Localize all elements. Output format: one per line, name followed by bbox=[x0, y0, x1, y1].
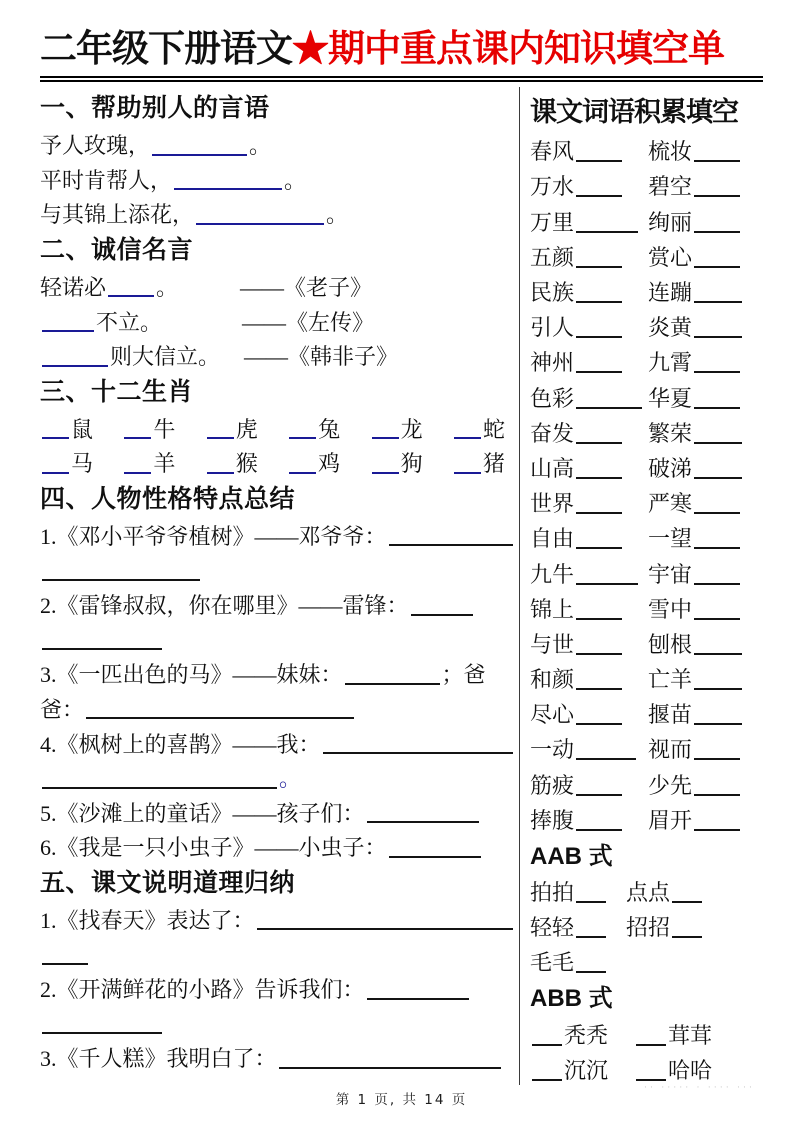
word-pair-row: 捧腹眉开 bbox=[530, 800, 763, 835]
text-run: 尽心 bbox=[530, 698, 574, 729]
word-pair-row: 自由一望 bbox=[530, 518, 763, 553]
blank-line bbox=[174, 185, 282, 190]
word-item: 哈哈 bbox=[634, 1054, 738, 1085]
blank-line bbox=[576, 650, 622, 655]
blank-line bbox=[207, 469, 234, 474]
text-run: 秃秃 bbox=[564, 1019, 608, 1050]
word-item: 民族 bbox=[530, 276, 648, 307]
word-pair-row: 筋疲少先 bbox=[530, 764, 763, 799]
text-run: 碧空 bbox=[648, 170, 692, 201]
blank-line bbox=[694, 580, 740, 585]
worksheet-line: 2.《开满鲜花的小路》告诉我们： bbox=[40, 969, 515, 1004]
blank-line bbox=[372, 434, 399, 439]
text-run: 山高 bbox=[530, 452, 574, 483]
spacer bbox=[220, 370, 244, 371]
text-run: 严寒 bbox=[648, 487, 692, 518]
blank-line bbox=[279, 1064, 501, 1069]
word-item: 招招 bbox=[626, 911, 722, 942]
blank-line bbox=[576, 755, 636, 760]
blank-line bbox=[207, 434, 234, 439]
page-title-black: 二年级下册语文 bbox=[40, 29, 292, 70]
word-item: 严寒 bbox=[648, 487, 766, 518]
text-run: 羊 bbox=[153, 451, 175, 477]
word-pair-row: 轻轻招招 bbox=[530, 907, 763, 942]
spacer bbox=[178, 300, 240, 301]
blank-line bbox=[289, 434, 316, 439]
text-run: 毛毛 bbox=[530, 946, 574, 977]
blank-line bbox=[289, 469, 316, 474]
worksheet-line: 1.《找春天》表达了： bbox=[40, 900, 515, 935]
text-run: 4.《枫树上的喜鹊》——我： bbox=[40, 732, 321, 758]
section-heading: 二、诚信名言 bbox=[40, 229, 515, 267]
blank-line bbox=[367, 818, 479, 823]
text-run: 牛 bbox=[153, 417, 175, 443]
text-run: 猴 bbox=[236, 451, 258, 477]
text-run: 引人 bbox=[530, 311, 574, 342]
zodiac-item: 蛇 bbox=[452, 417, 505, 443]
worksheet-line: 则大信立。——《韩非子》 bbox=[40, 336, 515, 371]
worksheet-line: 与其锦上添花，。 bbox=[40, 194, 515, 229]
blank-line bbox=[576, 333, 622, 338]
word-item: 揠苗 bbox=[648, 698, 766, 729]
blank-line bbox=[694, 439, 742, 444]
blank-line bbox=[42, 327, 94, 332]
word-item: 沉沉 bbox=[530, 1054, 634, 1085]
blank-line bbox=[42, 362, 108, 367]
zodiac-item: 鸡 bbox=[287, 451, 340, 477]
worksheet-line: 2.《雷锋叔叔，你在哪里》——雷锋： bbox=[40, 585, 515, 620]
blank-line bbox=[152, 151, 247, 156]
text-run: 鼠 bbox=[71, 417, 93, 443]
word-item: 炎黄 bbox=[648, 311, 766, 342]
text-run: 雪中 bbox=[648, 593, 692, 624]
text-run: 华夏 bbox=[648, 382, 692, 413]
text-run: 九牛 bbox=[530, 558, 574, 589]
text-run: 一动 bbox=[530, 733, 574, 764]
worksheet-line: 不立。——《左传》 bbox=[40, 301, 515, 336]
text-run: 宇宙 bbox=[648, 558, 692, 589]
blank-line bbox=[576, 720, 622, 725]
vocab-section-heading: 课文词语积累填空 bbox=[530, 87, 763, 131]
text-run: 。 bbox=[284, 168, 306, 194]
section-heading: 五、课文说明道理归纳 bbox=[40, 862, 515, 900]
pattern-label: AAB 式 bbox=[530, 835, 763, 872]
word-pair-row: 沉沉哈哈 bbox=[530, 1050, 763, 1085]
blank-line bbox=[694, 228, 740, 233]
text-run: 轻轻 bbox=[530, 911, 574, 942]
blank-line bbox=[636, 1076, 666, 1081]
text-run: 破涕 bbox=[648, 452, 692, 483]
word-item: 九霄 bbox=[648, 346, 766, 377]
text-run: 2.《雷锋叔叔，你在哪里》——雷锋： bbox=[40, 593, 409, 619]
text-run: 亡羊 bbox=[648, 663, 692, 694]
blank-line bbox=[672, 933, 702, 938]
blank-line bbox=[257, 925, 513, 930]
worksheet-line bbox=[40, 934, 515, 969]
word-pair-row: 奋发繁荣 bbox=[530, 413, 763, 448]
text-run: 一望 bbox=[648, 522, 692, 553]
text-run: 2.《开满鲜花的小路》告诉我们： bbox=[40, 977, 365, 1003]
worksheet-line: 3.《一匹出色的马》——妹妹：；爸 bbox=[40, 654, 515, 689]
worksheet-line: 爸： bbox=[40, 689, 515, 724]
blank-line bbox=[694, 826, 740, 831]
zodiac-item: 牛 bbox=[122, 417, 175, 443]
text-run: 。 bbox=[279, 766, 301, 792]
blank-line bbox=[323, 749, 513, 754]
text-run: ——《老子》 bbox=[240, 275, 372, 301]
word-item: 眉开 bbox=[648, 804, 766, 835]
worksheet-line bbox=[40, 620, 515, 655]
text-run: 九霄 bbox=[648, 346, 692, 377]
text-run: 炎黄 bbox=[648, 311, 692, 342]
text-run: 视而 bbox=[648, 733, 692, 764]
text-run: 与其锦上添花， bbox=[40, 202, 194, 228]
blank-line bbox=[576, 263, 622, 268]
blank-line bbox=[694, 685, 742, 690]
blank-line bbox=[576, 439, 622, 444]
word-item: 山高 bbox=[530, 452, 648, 483]
word-item: 碧空 bbox=[648, 170, 766, 201]
word-item: 五颜 bbox=[530, 241, 648, 272]
zodiac-item: 兔 bbox=[287, 417, 340, 443]
word-pair-row: 神州九霄 bbox=[530, 342, 763, 377]
word-item: 点点 bbox=[626, 876, 722, 907]
word-item: 少先 bbox=[648, 769, 766, 800]
text-run: 。 bbox=[326, 202, 348, 228]
text-run: 不立。 bbox=[96, 310, 162, 336]
word-item: 绚丽 bbox=[648, 206, 766, 237]
text-run: 绚丽 bbox=[648, 206, 692, 237]
blank-line bbox=[42, 645, 162, 650]
blank-line bbox=[694, 720, 742, 725]
worksheet-line: 5.《沙滩上的童话》——孩子们： bbox=[40, 793, 515, 828]
word-item: 宇宙 bbox=[648, 558, 766, 589]
text-run: 3.《一匹出色的马》——妹妹： bbox=[40, 662, 343, 688]
text-run: 猪 bbox=[483, 451, 505, 477]
word-item: 华夏 bbox=[648, 382, 766, 413]
text-run: 兔 bbox=[318, 417, 340, 443]
blank-line bbox=[576, 615, 622, 620]
section-heading: 三、十二生肖 bbox=[40, 371, 515, 409]
text-run: 少先 bbox=[648, 769, 692, 800]
blank-line bbox=[576, 685, 622, 690]
blank-line bbox=[694, 650, 742, 655]
word-pair-row: 世界严寒 bbox=[530, 483, 763, 518]
blank-line bbox=[694, 333, 742, 338]
word-item: 亡羊 bbox=[648, 663, 766, 694]
blank-line bbox=[196, 220, 324, 225]
zodiac-item: 虎 bbox=[205, 417, 258, 443]
text-run: ——《韩非子》 bbox=[244, 344, 398, 370]
word-pair-row: 毛毛 bbox=[530, 942, 763, 977]
blank-line bbox=[694, 474, 742, 479]
word-pair-row: 山高破涕 bbox=[530, 448, 763, 483]
text-run: 蛇 bbox=[483, 417, 505, 443]
text-run: 3.《千人糕》我明白了： bbox=[40, 1046, 277, 1072]
word-item: 轻轻 bbox=[530, 911, 626, 942]
text-run: 虎 bbox=[236, 417, 258, 443]
word-pair-row: 尽心揠苗 bbox=[530, 694, 763, 729]
word-pair-row: 一动视而 bbox=[530, 729, 763, 764]
vocab-rows: 春风梳妆万水碧空万里绚丽五颜赏心民族连蹦引人炎黄神州九霄色彩华夏奋发繁荣山高破涕… bbox=[530, 131, 763, 1085]
word-item: 万里 bbox=[530, 206, 648, 237]
text-run: 沉沉 bbox=[564, 1054, 608, 1085]
word-item: 尽心 bbox=[530, 698, 648, 729]
zodiac-item: 猴 bbox=[205, 451, 258, 477]
worksheet-line: 予人玫瑰，。 bbox=[40, 125, 515, 160]
text-run: 梳妆 bbox=[648, 135, 692, 166]
blank-line bbox=[694, 157, 740, 162]
blank-line bbox=[454, 469, 481, 474]
text-run: 筋疲 bbox=[530, 769, 574, 800]
text-run: 春风 bbox=[530, 135, 574, 166]
word-item: 筋疲 bbox=[530, 769, 648, 800]
word-item: 茸茸 bbox=[634, 1019, 738, 1050]
text-run: 捧腹 bbox=[530, 804, 574, 835]
blank-line bbox=[42, 784, 277, 789]
text-run: 万里 bbox=[530, 206, 574, 237]
blank-line bbox=[576, 826, 622, 831]
blank-line bbox=[694, 192, 740, 197]
text-run: 连蹦 bbox=[648, 276, 692, 307]
page-title-red: ★期中重点课内知识填空单 bbox=[292, 29, 724, 70]
blank-line bbox=[454, 434, 481, 439]
blank-line bbox=[576, 791, 622, 796]
right-column: 课文词语积累填空 春风梳妆万水碧空万里绚丽五颜赏心民族连蹦引人炎黄神州九霄色彩华… bbox=[519, 87, 763, 1085]
blank-line bbox=[576, 192, 622, 197]
word-pair-row: 锦上雪中 bbox=[530, 589, 763, 624]
word-item: 世界 bbox=[530, 487, 648, 518]
zodiac-item: 羊 bbox=[122, 451, 175, 477]
blank-line bbox=[411, 611, 473, 616]
blank-line bbox=[576, 228, 638, 233]
section-heading: 四、人物性格特点总结 bbox=[40, 478, 515, 516]
text-run: 1.《邓小平爷爷植树》——邓爷爷： bbox=[40, 524, 387, 550]
blank-line bbox=[345, 680, 440, 685]
blank-line bbox=[42, 469, 69, 474]
zodiac-row: 马羊猴鸡狗猪 bbox=[40, 443, 515, 478]
word-pair-row: 万里绚丽 bbox=[530, 201, 763, 236]
blank-line bbox=[372, 469, 399, 474]
blank-line bbox=[389, 541, 513, 546]
pattern-label: ABB 式 bbox=[530, 977, 763, 1014]
text-run: 马 bbox=[71, 451, 93, 477]
word-pair-row: 民族连蹦 bbox=[530, 272, 763, 307]
zodiac-item: 狗 bbox=[370, 451, 423, 477]
worksheet-line: 3.《千人糕》我明白了： bbox=[40, 1038, 515, 1073]
word-item: 雪中 bbox=[648, 593, 766, 624]
word-item: 万水 bbox=[530, 170, 648, 201]
word-pair-row: 春风梳妆 bbox=[530, 131, 763, 166]
word-pair-row: 拍拍点点 bbox=[530, 872, 763, 907]
word-item: 和颜 bbox=[530, 663, 648, 694]
blank-line bbox=[389, 853, 481, 858]
text-run: 赏心 bbox=[648, 241, 692, 272]
word-item: 拍拍 bbox=[530, 876, 626, 907]
text-run: 6.《我是一只小虫子》——小虫子： bbox=[40, 835, 387, 861]
text-run: ——《左传》 bbox=[242, 310, 374, 336]
word-item: 繁荣 bbox=[648, 417, 766, 448]
text-run: 万水 bbox=[530, 170, 574, 201]
word-item: 色彩 bbox=[530, 382, 648, 413]
text-run: 点点 bbox=[626, 876, 670, 907]
word-pair-row: 万水碧空 bbox=[530, 166, 763, 201]
worksheet-line bbox=[40, 1004, 515, 1039]
blank-line bbox=[576, 298, 622, 303]
blank-line bbox=[576, 404, 642, 409]
word-item: 一望 bbox=[648, 522, 766, 553]
left-column-lines: 一、帮助别人的言语予人玫瑰，。平时肯帮人，。与其锦上添花，。二、诚信名言轻诺必。… bbox=[40, 87, 519, 1085]
text-run: 民族 bbox=[530, 276, 574, 307]
text-run: 奋发 bbox=[530, 417, 574, 448]
blank-line bbox=[42, 576, 200, 581]
blank-line bbox=[576, 898, 606, 903]
word-item: 自由 bbox=[530, 522, 648, 553]
section-heading: 一、帮助别人的言语 bbox=[40, 87, 515, 125]
word-pair-row: 与世刨根 bbox=[530, 624, 763, 659]
word-item: 奋发 bbox=[530, 417, 648, 448]
text-run: 繁荣 bbox=[648, 417, 692, 448]
text-run: 茸茸 bbox=[668, 1019, 712, 1050]
word-item: 春风 bbox=[530, 135, 648, 166]
worksheet-line: 1.《邓小平爷爷植树》——邓爷爷： bbox=[40, 516, 515, 551]
blank-line bbox=[694, 509, 740, 514]
worksheet-line: 。 bbox=[40, 758, 515, 793]
blank-line bbox=[694, 404, 740, 409]
blank-line bbox=[576, 509, 622, 514]
blank-line bbox=[672, 898, 702, 903]
blank-line bbox=[694, 263, 740, 268]
blank-line bbox=[576, 157, 622, 162]
text-run: 神州 bbox=[530, 346, 574, 377]
text-run: 轻诺必 bbox=[40, 275, 106, 301]
blank-line bbox=[694, 755, 740, 760]
text-run: 自由 bbox=[530, 522, 574, 553]
blank-line bbox=[124, 434, 151, 439]
blank-line bbox=[636, 1041, 666, 1046]
blank-line bbox=[576, 933, 606, 938]
worksheet-line: 平时肯帮人，。 bbox=[40, 160, 515, 195]
word-pair-row: 九牛宇宙 bbox=[530, 553, 763, 588]
text-run: 予人玫瑰， bbox=[40, 133, 150, 159]
text-run: 龙 bbox=[401, 417, 423, 443]
zodiac-item: 龙 bbox=[370, 417, 423, 443]
blank-line bbox=[694, 615, 740, 620]
blank-line bbox=[367, 995, 469, 1000]
text-run: 眉开 bbox=[648, 804, 692, 835]
blank-line bbox=[576, 580, 638, 585]
text-run: 鸡 bbox=[318, 451, 340, 477]
word-item: 捧腹 bbox=[530, 804, 648, 835]
blank-line bbox=[694, 368, 740, 373]
text-run: 平时肯帮人， bbox=[40, 168, 172, 194]
text-run: 刨根 bbox=[648, 628, 692, 659]
text-run: 。 bbox=[249, 133, 271, 159]
text-run: 揠苗 bbox=[648, 698, 692, 729]
title-double-rule bbox=[40, 76, 763, 82]
content-columns: 一、帮助别人的言语予人玫瑰，。平时肯帮人，。与其锦上添花，。二、诚信名言轻诺必。… bbox=[40, 87, 763, 1085]
worksheet-line: 轻诺必。——《老子》 bbox=[40, 267, 515, 302]
text-run: 与世 bbox=[530, 628, 574, 659]
word-pair-row: 色彩华夏 bbox=[530, 377, 763, 412]
word-pair-row: 和颜亡羊 bbox=[530, 659, 763, 694]
text-run: 。 bbox=[156, 275, 178, 301]
word-item: 视而 bbox=[648, 733, 766, 764]
word-item: 破涕 bbox=[648, 452, 766, 483]
text-run: 5.《沙滩上的童话》——孩子们： bbox=[40, 801, 365, 827]
word-item: 与世 bbox=[530, 628, 648, 659]
zodiac-item: 鼠 bbox=[40, 417, 93, 443]
word-item: 秃秃 bbox=[530, 1019, 634, 1050]
word-pair-row: 引人炎黄 bbox=[530, 307, 763, 342]
word-item: 梳妆 bbox=[648, 135, 766, 166]
text-run: 五颜 bbox=[530, 241, 574, 272]
worksheet-line: 6.《我是一只小虫子》——小虫子： bbox=[40, 827, 515, 862]
blank-line bbox=[694, 544, 740, 549]
text-run: 哈哈 bbox=[668, 1054, 712, 1085]
blank-line bbox=[532, 1076, 562, 1081]
text-run: 1.《找春天》表达了： bbox=[40, 908, 255, 934]
text-run: 爸： bbox=[40, 697, 84, 723]
blank-line bbox=[576, 368, 622, 373]
page-title: 二年级下册语文★期中重点课内知识填空单 bbox=[40, 26, 763, 74]
word-item: 神州 bbox=[530, 346, 648, 377]
blank-line bbox=[108, 292, 154, 297]
word-item: 引人 bbox=[530, 311, 648, 342]
blank-line bbox=[576, 474, 622, 479]
text-run: 则大信立。 bbox=[110, 344, 220, 370]
worksheet-line bbox=[40, 550, 515, 585]
text-run: 招招 bbox=[626, 911, 670, 942]
text-run: ；爸 bbox=[442, 662, 486, 688]
word-item: 九牛 bbox=[530, 558, 648, 589]
faint-watermark: ·· ····· · ···· ··· bbox=[644, 1082, 755, 1092]
word-pair-row: 秃秃茸茸 bbox=[530, 1014, 763, 1049]
word-item: 刨根 bbox=[648, 628, 766, 659]
blank-line bbox=[532, 1041, 562, 1046]
text-run: 和颜 bbox=[530, 663, 574, 694]
blank-line bbox=[124, 469, 151, 474]
spacer bbox=[162, 335, 242, 336]
blank-line bbox=[86, 714, 354, 719]
blank-line bbox=[694, 791, 740, 796]
blank-line bbox=[42, 434, 69, 439]
text-run: 世界 bbox=[530, 487, 574, 518]
blank-line bbox=[694, 298, 742, 303]
blank-line bbox=[576, 968, 606, 973]
text-run: 拍拍 bbox=[530, 876, 574, 907]
text-run: 色彩 bbox=[530, 382, 574, 413]
text-run: 锦上 bbox=[530, 593, 574, 624]
word-item: 赏心 bbox=[648, 241, 766, 272]
blank-line bbox=[42, 1029, 162, 1034]
zodiac-row: 鼠牛虎兔龙蛇 bbox=[40, 409, 515, 444]
word-item: 连蹦 bbox=[648, 276, 766, 307]
word-item: 毛毛 bbox=[530, 946, 626, 977]
blank-line bbox=[576, 544, 622, 549]
word-item: 锦上 bbox=[530, 593, 648, 624]
zodiac-item: 马 bbox=[40, 451, 93, 477]
word-pair-row: 五颜赏心 bbox=[530, 237, 763, 272]
worksheet-line: 4.《枫树上的喜鹊》——我： bbox=[40, 723, 515, 758]
text-run: 狗 bbox=[401, 451, 423, 477]
word-item: 一动 bbox=[530, 733, 648, 764]
blank-line bbox=[42, 960, 88, 965]
worksheet-page: 二年级下册语文★期中重点课内知识填空单 一、帮助别人的言语予人玫瑰，。平时肯帮人… bbox=[0, 0, 793, 1122]
zodiac-item: 猪 bbox=[452, 451, 505, 477]
